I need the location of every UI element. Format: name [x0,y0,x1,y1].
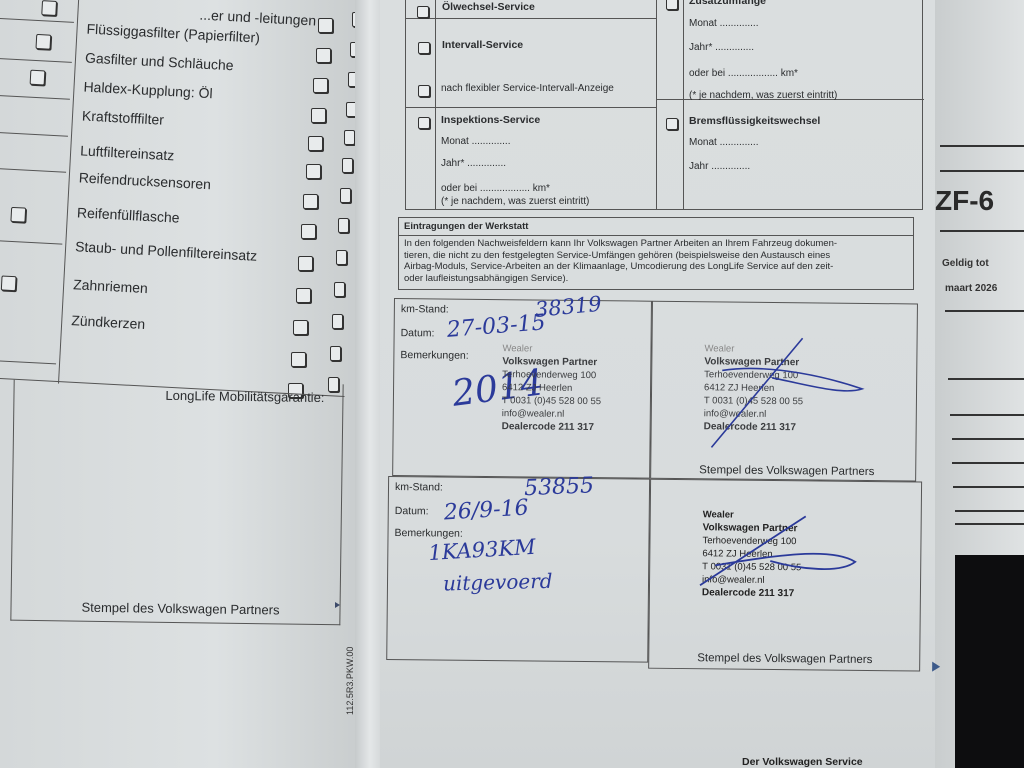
bemerkungen-label: Bemerkungen: [400,349,468,362]
zusatz-footnote: (* je nachdem, was zuerst eintritt) [689,90,837,101]
zusatz-label: Zusatzumfänge [689,0,766,7]
table-divider [656,0,657,209]
table-divider [683,0,684,209]
done-checkbox[interactable] [293,320,308,335]
row-divider [0,131,68,136]
signature-icon [681,332,882,454]
flexibel-label: nach flexibler Service-Intervall-Anzeige [441,83,614,94]
table-divider [406,18,656,19]
werkstatt-description: In den folgenden Nachweisfeldern kann Ih… [399,236,913,286]
checklist-item: Luftfiltereinsatz [80,142,175,163]
done-checkbox[interactable] [313,78,328,93]
datum-label: Datum: [395,505,429,517]
done-checkbox[interactable] [301,224,316,239]
checklist-item: Gasfilter und Schläuche [85,50,234,74]
date-value[interactable]: 27-03-15 [446,310,546,343]
far-rule [950,414,1024,416]
longlife-box: LongLife Mobilitätsgarantie: Stempel des… [10,380,343,626]
stamp-label: Stempel des Volkswagen Partners [699,464,874,478]
inspektion-footnote: (* je nachdem, was zuerst eintritt) [441,196,589,207]
table-divider [435,0,436,209]
left-checkbox[interactable] [35,34,51,50]
wear-checkbox[interactable] [344,130,355,145]
done-checkbox[interactable] [311,108,326,123]
checklist-item: ...er und -leitungen [199,6,316,28]
bemerkungen-label: Bemerkungen: [394,527,462,540]
brems-jahr: Jahr .............. [689,161,750,172]
row-divider [0,57,72,62]
remark-value-2[interactable]: uitgevoerd [443,569,553,596]
flexibel-checkbox[interactable] [418,85,430,97]
checklist-item: Zündkerzen [71,312,146,332]
stamp-label: Stempel des Volkswagen Partners [697,652,872,666]
wear-checkbox[interactable] [336,250,347,265]
km-label: km-Stand: [395,481,443,494]
far-rule [945,310,1024,312]
remark-value[interactable]: 1KA93KM [428,535,537,565]
done-checkbox[interactable] [298,256,313,271]
done-checkbox[interactable] [316,48,331,63]
description-line: oder laufleistungsabhängigen Service). [404,273,908,285]
done-checkbox[interactable] [306,164,321,179]
left-checkbox[interactable] [30,70,46,86]
stamp-phone: T 0031 (0)45 528 00 55 [502,394,601,408]
far-title: ZF-6 [935,185,994,217]
inspektion-checkbox[interactable] [418,117,430,129]
far-rule [940,145,1024,147]
datum-label: Datum: [401,327,435,339]
intervall-label: Intervall-Service [442,39,523,51]
werkstatt-section: Eintragungen der Werkstatt In den folgen… [398,217,914,290]
intervall-checkbox[interactable] [418,42,430,54]
zusatz-monat: Monat .............. [689,18,758,29]
wear-checkbox[interactable] [332,314,343,329]
wear-checkbox[interactable] [342,158,353,173]
checklist-item: Staub- und Pollenfiltereinsatz [75,238,258,264]
checklist-item: Reifendrucksensoren [78,169,211,192]
stamp-brand: Volkswagen Partner [502,355,601,369]
service-table: Ölwechsel-Service Intervall-Service nach… [405,0,923,210]
inspektion-label: Inspektions-Service [441,114,540,126]
checklist-item: Zahnriemen [73,276,148,296]
far-rule [955,523,1024,525]
left-page: ...er und -leitungen Flüssiggasfilter (P… [0,0,360,768]
done-checkbox[interactable] [308,136,323,151]
background-dark [955,555,1024,768]
oelwechsel-checkbox[interactable] [417,6,429,18]
row-divider [0,17,74,22]
far-rule [952,438,1024,440]
left-checkbox[interactable] [41,0,57,16]
km-label: km-Stand: [401,303,449,316]
checklist-item: Haldex-Kupplung: Öl [83,79,213,102]
far-rule [953,486,1024,488]
date-value[interactable]: 26/9-16 [443,495,529,525]
entry-2-fields: km-Stand: Datum: Bemerkungen: 53855 26/9… [386,476,650,663]
far-rule [940,230,1024,232]
far-rule [948,378,1024,380]
done-checkbox[interactable] [296,288,311,303]
description-line: tieren, die nicht zu den festgelegten Se… [404,250,908,262]
wear-checkbox[interactable] [340,188,351,203]
row-divider [0,239,62,244]
far-rule [940,170,1024,172]
zusatz-checkbox[interactable] [666,0,678,10]
werkstatt-title: Eintragungen der Werkstatt [399,218,913,236]
checklist-item: Reifenfüllflasche [77,204,180,225]
bremsfluessigkeit-checkbox[interactable] [666,118,678,130]
oelwechsel-label: Ölwechsel-Service [442,1,535,13]
workshop-entries: km-Stand: Datum: Bemerkungen: 38319 27-0… [390,298,918,675]
left-checkbox[interactable] [10,207,26,223]
stamp-dealercode: Dealercode 211 317 [502,420,601,434]
done-checkbox[interactable] [318,18,333,33]
valid-date: maart 2026 [945,283,997,294]
row-divider [0,359,56,364]
valid-label: Geldig tot [942,258,989,269]
km-value[interactable]: 53855 [524,473,595,501]
signature-icon [690,510,891,602]
row-divider [0,94,70,99]
description-line: Airbag-Moduls, Service-Arbeiten an der K… [404,261,908,273]
description-line: In den folgenden Nachweisfeldern kann Ih… [404,238,908,250]
entry-2-stamp: Wealer Volkswagen Partner Terhoevenderwe… [648,479,922,672]
inspektion-monat: Monat .............. [441,136,510,147]
checklist-item: Kraftstofffilter [82,107,165,127]
zusatz-km: oder bei .................. km* [689,68,798,79]
stamp-city: 6412 ZJ Heerlen [502,381,601,395]
done-checkbox[interactable] [291,352,306,367]
stamp-street: Terhoevenderweg 100 [502,368,601,382]
table-divider [406,107,656,108]
left-checkbox[interactable] [1,275,17,291]
far-rule [955,510,1024,512]
far-rule [952,462,1024,464]
continue-arrow-icon [335,602,340,608]
wear-checkbox[interactable] [330,346,341,361]
done-checkbox[interactable] [303,194,318,209]
continue-arrow-icon [932,662,940,672]
stamp-email: info@wealer.nl [502,407,601,421]
form-code: 112.5R3.PKW.00 [345,647,355,715]
bremsfluessigkeit-label: Bremsflüssigkeitswechsel [689,115,820,127]
wear-checkbox[interactable] [338,218,349,233]
stamp-name: Wealer [502,342,601,356]
longlife-label: LongLife Mobilitätsgarantie: [165,388,324,405]
brems-monat: Monat .............. [689,137,758,148]
entry-1-fields: km-Stand: Datum: Bemerkungen: 38319 27-0… [392,298,652,479]
entry-1-stamp: Wealer Volkswagen Partner Terhoevenderwe… [650,301,918,482]
inspektion-jahr: Jahr* .............. [441,158,506,169]
next-page-heading: Der Volkswagen Service [742,756,863,768]
zusatz-jahr: Jahr* .............. [689,42,754,53]
wear-checkbox[interactable] [334,282,345,297]
dealer-stamp: Wealer Volkswagen Partner Terhoevenderwe… [502,342,602,434]
row-divider [0,167,66,172]
stamp-label: Stempel des Volkswagen Partners [81,600,279,618]
inspektion-km: oder bei .................. km* [441,183,550,194]
